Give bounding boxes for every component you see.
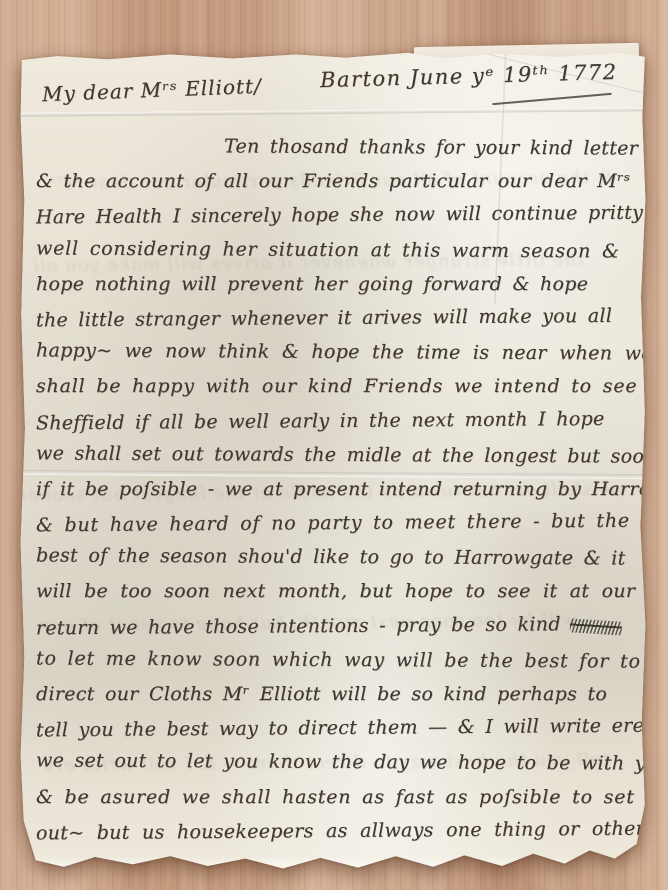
letter-line: Sheffield if all be well early in the ne… [36,407,642,446]
letter-line: hope nothing will prevent her going forw… [36,273,642,307]
letter-line: return we have those intentions - pray b… [36,612,642,651]
letter-page: & the account of all our Friends particu… [20,52,646,870]
letter-line: Ten thosand thanks for your kind letter [36,134,642,171]
letter-line: & the account of all our Friends particu… [36,170,642,204]
letter-line-text: return we have those intentions - pray b… [36,613,561,639]
letter-line: we shall set out towards the midle at th… [36,442,642,479]
letter-body: Ten thosand thanks for your kind letter … [36,136,642,854]
letter-line: out~ but us housekeepers as allways one … [36,817,642,856]
letter-line: well considering her situation at this w… [36,237,642,274]
letter-line: & be asured we shall hasten as fast as p… [36,786,642,820]
letter-line: shall be happy with our kind Friends we … [36,375,642,409]
torn-bottom-edge [20,856,646,870]
letter-line: will be too soon next month, but hope to… [36,580,642,614]
crossed-out-word [569,618,622,635]
letter-photo: & the account of all our Friends particu… [20,52,646,870]
letter-line: tell you the best way to direct them — &… [36,715,642,754]
letter-line: we set out to let you know the day we ho… [36,750,642,787]
letter-line: Hare Health I sincerely hope she now wil… [36,202,642,241]
letter-line: best of the season shou'd like to go to … [36,545,642,582]
letter-line: to let me know soon which way will be th… [36,647,642,684]
letter-line: happy~ we now think & hope the time is n… [36,340,642,377]
wood-table-background: & the account of all our Friends particu… [0,0,668,890]
letter-line: if it be poſsible - we at present intend… [36,478,642,512]
letter-line: direct our Cloths Mʳ Elliott will be so … [36,683,642,717]
letter-line: the little stranger whenever it arives w… [36,305,642,344]
letter-line: & but have heard of no party to meet the… [36,510,642,549]
